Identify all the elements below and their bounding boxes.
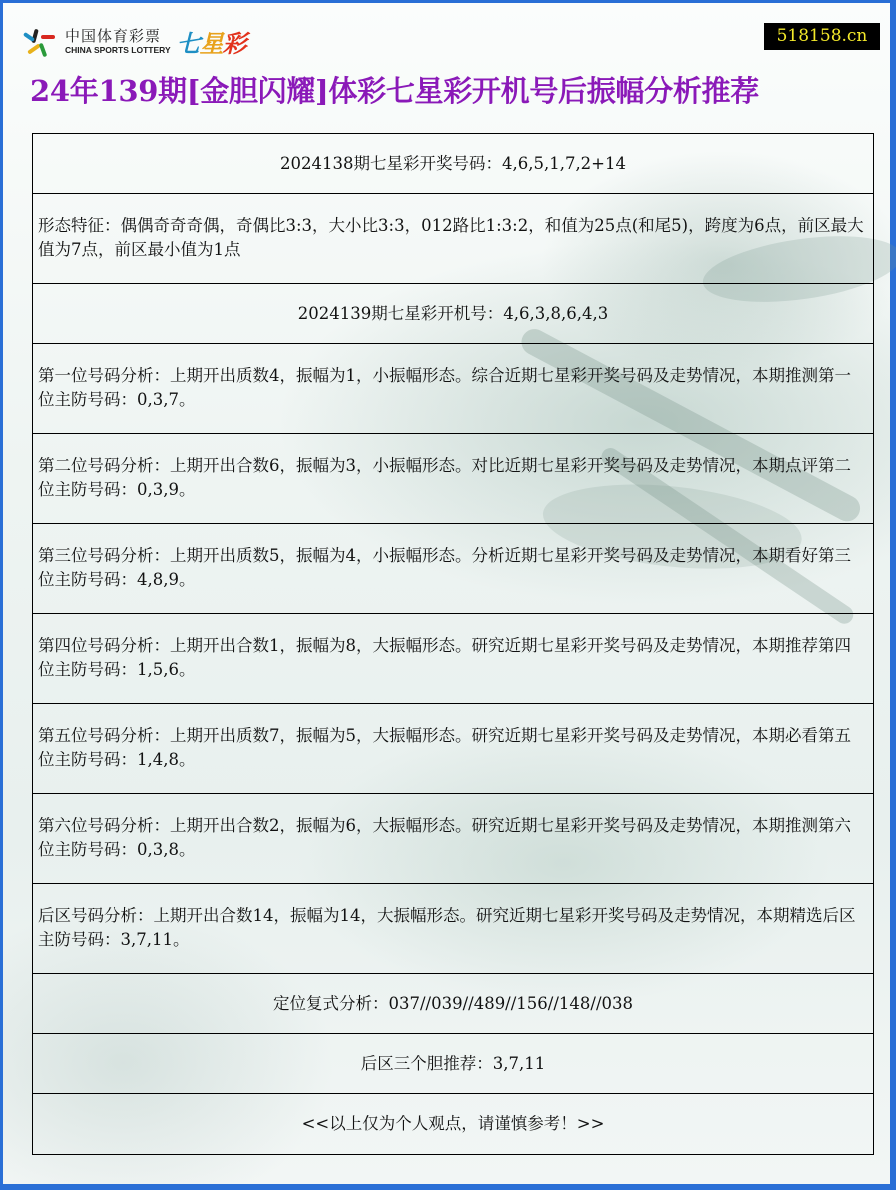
row-text: 2024139期七星彩开机号：4,6,3,8,6,4,3 <box>298 302 608 326</box>
row-text: 后区号码分析：上期开出合数14，振幅为14，大振幅形态。研究近期七星彩开奖号码及… <box>38 904 867 952</box>
table-row-centered: 定位复式分析：037//039//489//156//148//038 <box>33 974 873 1034</box>
table-row-paragraph: 第四位号码分析：上期开出合数1，振幅为8，大振幅形态。研究近期七星彩开奖号码及走… <box>33 614 873 704</box>
page-title: 24年139期[金胆闪耀]体彩七星彩开机号后振幅分析推荐 <box>30 69 880 110</box>
site-badge[interactable]: 518158.cn <box>764 23 880 50</box>
table-row-paragraph: 第二位号码分析：上期开出合数6，振幅为3，小振幅形态。对比近期七星彩开奖号码及走… <box>33 434 873 524</box>
row-text: 2024138期七星彩开奖号码：4,6,5,1,7,2+14 <box>280 152 626 176</box>
row-text: 后区三个胆推荐：3,7,11 <box>361 1052 545 1076</box>
table-row-centered: <<以上仅为个人观点，请谨慎参考！>> <box>33 1094 873 1154</box>
logo-cn-text: 中国体育彩票 <box>65 28 171 45</box>
table-row-centered: 后区三个胆推荐：3,7,11 <box>33 1034 873 1094</box>
analysis-table: 2024138期七星彩开奖号码：4,6,5,1,7,2+14形态特征：偶偶奇奇奇… <box>32 133 874 1155</box>
row-text: 定位复式分析：037//039//489//156//148//038 <box>273 992 633 1016</box>
table-row-centered: 2024138期七星彩开奖号码：4,6,5,1,7,2+14 <box>33 134 873 194</box>
row-text: 第一位号码分析：上期开出质数4，振幅为1，小振幅形态。综合近期七星彩开奖号码及走… <box>38 364 867 412</box>
row-text: <<以上仅为个人观点，请谨慎参考！>> <box>302 1112 605 1136</box>
row-text: 第五位号码分析：上期开出质数7，振幅为5，大振幅形态。研究近期七星彩开奖号码及走… <box>38 724 867 772</box>
row-text: 第二位号码分析：上期开出合数6，振幅为3，小振幅形态。对比近期七星彩开奖号码及走… <box>38 454 867 502</box>
lottery-star-icon <box>21 23 61 59</box>
table-row-paragraph: 第一位号码分析：上期开出质数4，振幅为1，小振幅形态。综合近期七星彩开奖号码及走… <box>33 344 873 434</box>
page-header: 中国体育彩票 CHINA SPORTS LOTTERY 七星彩 518158.c… <box>3 3 890 65</box>
logo-text: 中国体育彩票 CHINA SPORTS LOTTERY <box>65 28 171 55</box>
table-row-paragraph: 第三位号码分析：上期开出质数5，振幅为4，小振幅形态。分析近期七星彩开奖号码及走… <box>33 524 873 614</box>
table-row-paragraph: 形态特征：偶偶奇奇奇偶，奇偶比3:3，大小比3:3，012路比1:3:2，和值为… <box>33 194 873 284</box>
table-row-paragraph: 后区号码分析：上期开出合数14，振幅为14，大振幅形态。研究近期七星彩开奖号码及… <box>33 884 873 974</box>
row-text: 第四位号码分析：上期开出合数1，振幅为8，大振幅形态。研究近期七星彩开奖号码及走… <box>38 634 867 682</box>
table-row-centered: 2024139期七星彩开机号：4,6,3,8,6,4,3 <box>33 284 873 344</box>
row-text: 第三位号码分析：上期开出质数5，振幅为4，小振幅形态。分析近期七星彩开奖号码及走… <box>38 544 867 592</box>
qxc-logo-text: 七星彩 <box>177 24 246 59</box>
qxc-char: 彩 <box>223 30 246 58</box>
table-row-paragraph: 第六位号码分析：上期开出合数2，振幅为6，大振幅形态。研究近期七星彩开奖号码及走… <box>33 794 873 884</box>
page-frame: 中国体育彩票 CHINA SPORTS LOTTERY 七星彩 518158.c… <box>3 3 890 1184</box>
row-text: 第六位号码分析：上期开出合数2，振幅为6，大振幅形态。研究近期七星彩开奖号码及走… <box>38 814 867 862</box>
row-text: 形态特征：偶偶奇奇奇偶，奇偶比3:3，大小比3:3，012路比1:3:2，和值为… <box>38 214 867 262</box>
logo-en-text: CHINA SPORTS LOTTERY <box>65 45 171 55</box>
qxc-char: 七 <box>177 30 200 58</box>
china-sports-lottery-logo: 中国体育彩票 CHINA SPORTS LOTTERY 七星彩 <box>21 21 246 61</box>
table-row-paragraph: 第五位号码分析：上期开出质数7，振幅为5，大振幅形态。研究近期七星彩开奖号码及走… <box>33 704 873 794</box>
qxc-char: 星 <box>200 30 223 58</box>
